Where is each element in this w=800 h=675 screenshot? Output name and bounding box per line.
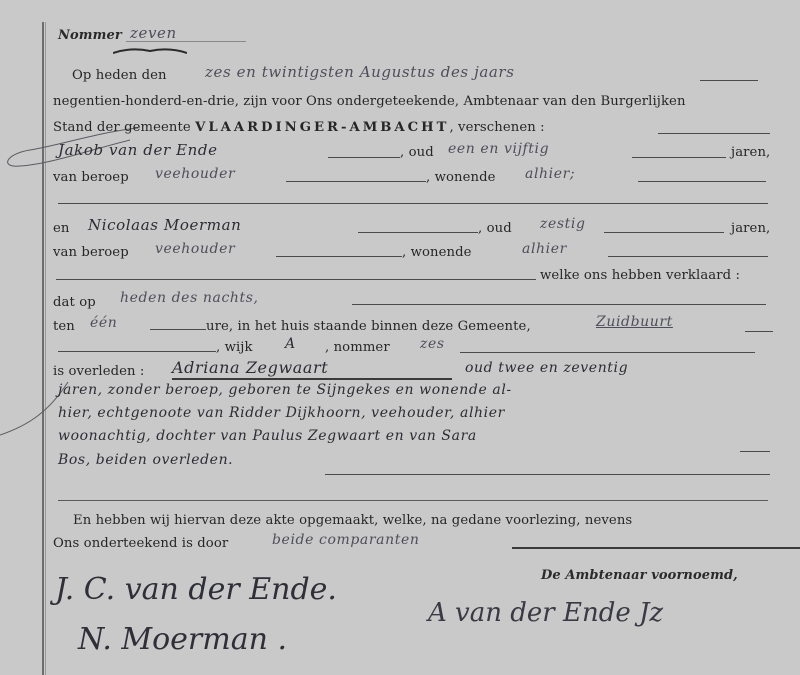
declarant1-age: een en vijftig xyxy=(448,141,549,157)
deceased-label: is overleden : xyxy=(53,364,144,379)
declarant1-name: Jakob van der Ende xyxy=(58,141,218,159)
date-handwritten: zes en twintigsten Augustus des jaars xyxy=(205,63,515,81)
declarant1-age-label: , oud xyxy=(400,145,434,160)
house-number-value: zes xyxy=(420,336,445,352)
fill-rule xyxy=(58,351,216,352)
fill-rule xyxy=(58,203,768,204)
declared-label: welke ons hebben verklaard : xyxy=(540,268,740,283)
death-time: één xyxy=(90,315,117,331)
fill-rule xyxy=(512,547,800,549)
fill-rule xyxy=(150,329,206,330)
ward-value: A xyxy=(285,336,296,352)
record-number-value: zeven xyxy=(130,24,177,42)
fill-rule xyxy=(745,331,773,332)
jaren-label: jaren, xyxy=(731,145,770,160)
signature-declarant2: N. Moerman . xyxy=(78,622,287,657)
fill-rule xyxy=(286,181,426,182)
fill-rule xyxy=(352,304,766,305)
verschenen-label: , verschenen : xyxy=(449,120,544,135)
signature-declarant1: J. C. van der Ende. xyxy=(55,572,337,607)
declarant2-age-label: , oud xyxy=(478,221,512,236)
deceased-detail-1: jaren, zonder beroep, geboren te Sijngek… xyxy=(58,382,512,398)
deceased-underline xyxy=(172,378,452,380)
intro-line3: Stand der gemeente VLAARDINGER-AMBACHT, … xyxy=(53,120,545,135)
house-number-label: , nommer xyxy=(325,340,390,355)
declarant2-occupation: veehouder xyxy=(155,241,235,257)
stand-label: Stand der gemeente xyxy=(53,120,191,135)
signed-by: beide comparanten xyxy=(272,532,419,548)
intro-line2: negentien-honderd-en-drie, zijn voor Ons… xyxy=(53,94,686,109)
fill-rule xyxy=(328,157,400,158)
fill-rule xyxy=(325,474,770,475)
declarant2-age: zestig xyxy=(540,216,586,232)
fill-rule xyxy=(658,133,770,134)
fill-rule xyxy=(56,279,536,280)
occupation-label: van beroep xyxy=(53,245,129,260)
deceased-detail-0: oud twee en zeventig xyxy=(465,360,628,376)
closing-line2-prefix: Ons onderteekend is door xyxy=(53,536,228,551)
fill-rule xyxy=(58,500,768,501)
declarant1-residence: alhier; xyxy=(525,166,575,182)
time-suffix: ure, in het huis staande binnen deze Gem… xyxy=(206,319,531,334)
fill-rule xyxy=(276,256,402,257)
jaren-label: jaren, xyxy=(731,221,770,236)
fill-rule xyxy=(632,157,726,158)
fill-rule xyxy=(638,181,766,182)
declarant1-occupation: veehouder xyxy=(155,166,235,182)
municipality-name: VLAARDINGER-AMBACHT xyxy=(195,120,449,135)
residence-label: , wonende xyxy=(402,245,472,260)
declarant2-residence: alhier xyxy=(522,241,567,257)
deceased-detail-2: hier, echtgenoote van Ridder Dijkhoorn, … xyxy=(58,405,505,421)
residence-label: , wonende xyxy=(426,170,496,185)
signature-official: A van der Ende Jz xyxy=(428,598,663,628)
occupation-label: van beroep xyxy=(53,170,129,185)
closing-line1: En hebben wij hiervan deze akte opgemaak… xyxy=(73,513,632,528)
en-label: en xyxy=(53,221,70,236)
ornament-icon xyxy=(113,48,187,54)
number-underline xyxy=(126,41,246,42)
fill-rule xyxy=(358,232,478,233)
fill-rule xyxy=(460,352,755,353)
deceased-detail-3: woonachtig, dochter van Paulus Zegwaart … xyxy=(58,428,477,444)
date-prefix: dat op xyxy=(53,295,96,310)
declarant2-name: Nicolaas Moerman xyxy=(88,216,241,234)
fill-rule xyxy=(608,256,768,257)
death-date: heden des nachts, xyxy=(120,290,259,306)
ward-label: , wijk xyxy=(216,340,253,355)
fill-rule xyxy=(604,232,724,233)
fill-rule xyxy=(740,451,770,452)
official-label: De Ambtenaar voornoemd, xyxy=(541,568,738,583)
deceased-name: Adriana Zegwaart xyxy=(172,358,328,377)
deceased-detail-4: Bos, beiden overleden. xyxy=(58,452,233,468)
death-location: Zuidbuurt xyxy=(596,314,673,330)
intro-prefix: Op heden den xyxy=(72,68,167,83)
fill-rule xyxy=(700,80,758,81)
record-number-label: Nommer xyxy=(58,28,122,43)
time-prefix: ten xyxy=(53,319,75,334)
